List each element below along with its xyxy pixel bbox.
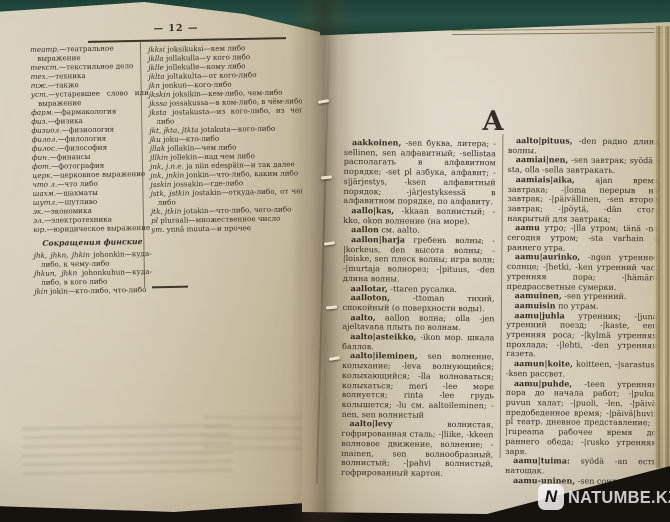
entry-headword: уст.: [31, 90, 48, 99]
russian-abbreviation-list: театр.—театральное выражениетекст.—текст…: [30, 43, 151, 234]
entry-headword: aalto|ileminen,: [350, 351, 418, 362]
entry-headword: ym.: [151, 225, 164, 234]
entry-headword: jklla: [148, 54, 164, 63]
entry-headword: тж.: [31, 81, 48, 90]
dictionary-entry: aamu|puhde, -teen утренняя пора до начал…: [505, 379, 657, 458]
entry-headword: pl: [151, 216, 158, 225]
entry-headword: jkskin: [149, 90, 171, 99]
entry-headword: филос.: [32, 144, 58, 153]
entry-headword: шутл.: [33, 198, 58, 207]
abbreviation-entry: ym. ynnä muuta—и прочее: [151, 222, 309, 234]
entry-headword: jkin: [34, 287, 48, 296]
watermark: N NATUMBE.KZ: [538, 484, 670, 510]
left-page-column-2: jkksi joksikuksi—кем либоjklla jollakull…: [148, 42, 309, 234]
abbreviation-entry: jhkun, jhkn johonkuhun—куда-либо, в кого…: [34, 267, 152, 287]
entry-headword: aallo|kas,: [351, 205, 394, 215]
entry-headword: aalto|pituus,: [516, 135, 573, 145]
entry-headword: jllak: [150, 144, 166, 153]
page-bleedthrough: [22, 424, 233, 476]
right-page-column-1: aakkoinen, -sen буква, литера; -sellinen…: [341, 138, 496, 479]
entry-headword: aamiais|aika,: [516, 174, 575, 185]
entry-headword: jsskin: [150, 180, 171, 189]
watermark-text: NATUMBE.KZ: [568, 487, 670, 508]
abbreviation-entry: уст.—устаревшее слово или выражение: [31, 88, 149, 108]
book-fore-edge: [654, 26, 670, 468]
entry-headword: aamu: [515, 222, 540, 232]
entry-headword: aallon|harja: [351, 234, 405, 244]
section-letter-a: A: [478, 106, 508, 137]
abbreviation-entry: jhk, jhkn, jhkin johonkin—куда-либо, к ч…: [34, 249, 152, 269]
entry-headword: фин.: [32, 153, 49, 162]
entry-headword: aalto|asteikko,: [350, 331, 416, 342]
entry-headword: что л.: [32, 180, 57, 189]
entry-headword: тех.: [30, 72, 48, 81]
entry-headword: aamu|tuima:: [513, 455, 570, 465]
dictionary-entry: aallon|harja гребень волны; -|korkeus, d…: [343, 235, 495, 285]
page-number: — 12 —: [140, 22, 212, 34]
dictionary-entry: aalto|levy волнистая, гофрированная стал…: [341, 419, 494, 479]
entry-headword: aamu|aurinko,: [515, 252, 580, 263]
entry-headword: jkksi: [148, 45, 165, 54]
entry-headword: aamu|juhla: [514, 310, 564, 320]
entry-headword: jklta: [148, 72, 164, 81]
entry-headword: церк.: [32, 171, 53, 180]
entry-headword: физ.: [31, 117, 48, 126]
entry-headword: jstk, jstkin: [151, 188, 190, 198]
entry-headword: jksta: [149, 108, 167, 117]
finnish-abbreviations-heading: Сокращения финские: [33, 237, 151, 248]
entry-headword: эк.: [33, 207, 44, 216]
entry-headword: фот.: [32, 162, 51, 171]
entry-headword: эл.: [33, 216, 44, 225]
entry-headword: jku: [150, 135, 161, 144]
entry-headword: aamu|puhde,: [514, 378, 572, 389]
stacked-page-edge: [452, 28, 668, 31]
entry-headword: jhkun, jhkn: [34, 268, 77, 278]
dictionary-entry: aamun|koite, koitteen, -|sarastus, -ksen…: [506, 359, 657, 380]
entry-headword: jllkin: [150, 153, 168, 162]
entry-headword: jkssa: [149, 99, 167, 108]
dictionary-entry: aamu утро; -|lla утром; tänä -na сегодня…: [507, 223, 658, 253]
entry-headword: театр.: [30, 44, 59, 54]
abbreviation-entry: jkin jokin—кто-либо, что-либо: [34, 285, 152, 296]
dictionary-entry: aamiais|aika, ajan время завтрака; -|lom…: [507, 175, 658, 225]
stacked-page-edge: [452, 31, 668, 34]
dictionary-entry: aalto|ileminen, sen волнение, колыхание;…: [342, 351, 495, 420]
entry-headword: jkn: [149, 81, 160, 90]
left-page: — 12 — театр.—театральное выражениетекст…: [0, 2, 320, 516]
dictionary-entry: aamu|juhla утренник; -|juna утренний пое…: [506, 311, 657, 361]
right-page: A aakkoinen, -sen буква, литера; -sellin…: [302, 0, 670, 522]
entry-headword: aallon: [351, 224, 379, 234]
right-column-divider: [500, 134, 504, 458]
entry-headword: jklle: [148, 63, 164, 72]
entry-headword: aakkoinen,: [352, 137, 401, 147]
entry-headword: aamiai|nen,: [516, 154, 569, 164]
dictionary-entry: aamu|aurinko, -ngon утреннее солнце; -|h…: [507, 252, 658, 292]
abbreviation-entry: театр.—театральное выражение: [30, 43, 148, 63]
entry-headword: aalto|levy: [349, 418, 392, 428]
entry-headword: юр.: [33, 225, 46, 234]
left-page-column-1: театр.—театральное выражениетекст.—текст…: [30, 43, 152, 296]
section-end-rule: [152, 286, 188, 288]
entry-headword: шахм.: [33, 189, 57, 198]
entry-headword: aalto,: [350, 312, 375, 322]
finnish-abbreviation-list: jhk, jhkn, jhkin johonkin—куда-либо, к ч…: [34, 249, 153, 296]
right-page-column-2: aalto|pituus, -den радио длина волны.aam…: [505, 136, 659, 487]
abbreviation-entry: юр.—юридическое выражение: [33, 223, 151, 234]
natumbe-logo-icon: N: [538, 484, 564, 510]
entry-headword: aamun|koite,: [514, 358, 573, 369]
entry-headword: фарм.: [31, 108, 54, 117]
header-rule: [88, 37, 286, 42]
entry-headword: aalloton,: [351, 292, 391, 302]
dictionary-entry: aakkoinen, -sen буква, литера; -sellinen…: [343, 138, 496, 207]
open-book-photo: — 12 — театр.—театральное выражениетекст…: [0, 0, 670, 522]
entry-headword: jhk, jhkn, jhkin: [34, 250, 90, 260]
entry-headword: филол.: [32, 135, 58, 144]
